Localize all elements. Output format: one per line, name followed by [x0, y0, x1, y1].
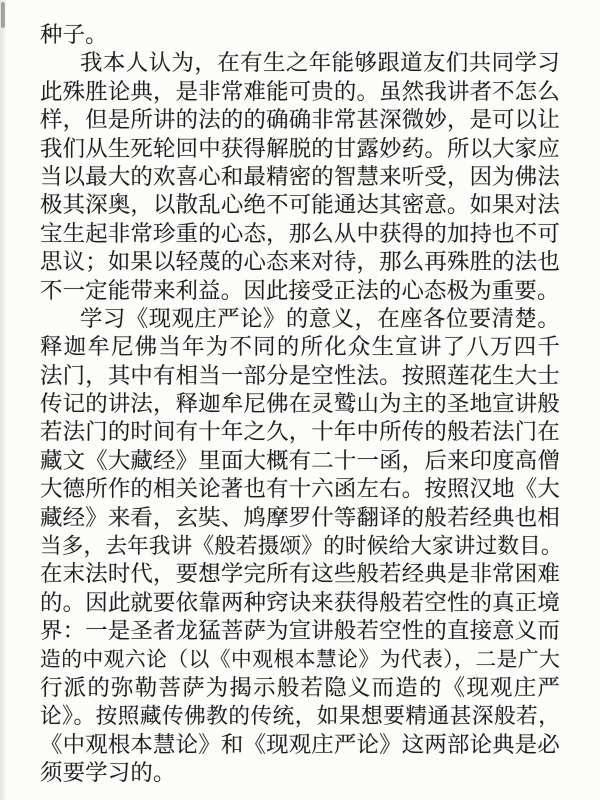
text-line: 不一定能带来利益。因此接受正法的心态极为重要。 — [40, 277, 560, 305]
text-line: 当以最大的欢喜心和最精密的智慧来听受，因为佛法 — [40, 163, 560, 191]
text-line: 当多，去年我讲《般若摄颂》的时候给大家讲过数目。 — [40, 532, 560, 560]
text-line: 我本人认为，在有生之年能够跟道友们共同学习 — [40, 49, 560, 77]
text-line: 传记的讲法，释迦牟尼佛在灵鹫山为主的圣地宣讲般 — [40, 390, 560, 418]
text-line: 藏经》来看，玄奘、鸠摩罗什等翻译的般若经典也相 — [40, 504, 560, 532]
text-line: 《中观根本慧论》和《现观庄严论》这两部论典是必 — [40, 731, 560, 759]
text-line: 藏文《大藏经》里面大概有二十一函，后来印度高僧 — [40, 447, 560, 475]
text-line: 论》。按照藏传佛教的传统，如果想要精通甚深般若， — [40, 702, 560, 730]
text-line: 学习《现观庄严论》的意义，在座各位要清楚。 — [40, 305, 560, 333]
text-line: 极其深奥，以散乱心绝不可能通达其密意。如果对法 — [40, 191, 560, 219]
text-line: 的。因此就要依靠两种窍诀来获得般若空性的真正境 — [40, 589, 560, 617]
text-line: 法门，其中有相当一部分是空性法。按照莲花生大士 — [40, 362, 560, 390]
text-line: 造的中观六论（以《中观根本慧论》为代表），二是广大 — [40, 646, 560, 674]
left-edge-scan-shadow — [0, 0, 7, 800]
text-line: 行派的弥勒菩萨为揭示般若隐义而造的《现观庄严 — [40, 674, 560, 702]
text-line: 宝生起非常珍重的心态，那么从中获得的加持也不可 — [40, 220, 560, 248]
text-column: 种子。我本人认为，在有生之年能够跟道友们共同学习此殊胜论典，是非常难能可贵的。虽… — [40, 21, 560, 788]
text-line: 须要学习的。 — [40, 759, 560, 787]
text-line: 大德所作的相关论著也有十六函左右。按照汉地《大 — [40, 475, 560, 503]
scanned-page: 种子。我本人认为，在有生之年能够跟道友们共同学习此殊胜论典，是非常难能可贵的。虽… — [0, 0, 600, 800]
text-line: 界：一是圣者龙猛菩萨为宣讲般若空性的直接意义而 — [40, 617, 560, 645]
text-line: 思议；如果以轻蔑的心态来对待，那么再殊胜的法也 — [40, 248, 560, 276]
text-line: 种子。 — [40, 21, 560, 49]
text-line: 若法门的时间有十年之久，十年中所传的般若法门在 — [40, 418, 560, 446]
text-line: 此殊胜论典，是非常难能可贵的。虽然我讲者不怎么 — [40, 78, 560, 106]
text-line: 我们从生死轮回中获得解脱的甘露妙药。所以大家应 — [40, 135, 560, 163]
text-line: 样，但是所讲的法的的确确非常甚深微妙，是可以让 — [40, 106, 560, 134]
top-left-scan-mark — [1, 2, 5, 28]
text-line: 在末法时代，要想学完所有这些般若经典是非常困难 — [40, 560, 560, 588]
text-line: 释迦牟尼佛当年为不同的所化众生宣讲了八万四千 — [40, 333, 560, 361]
